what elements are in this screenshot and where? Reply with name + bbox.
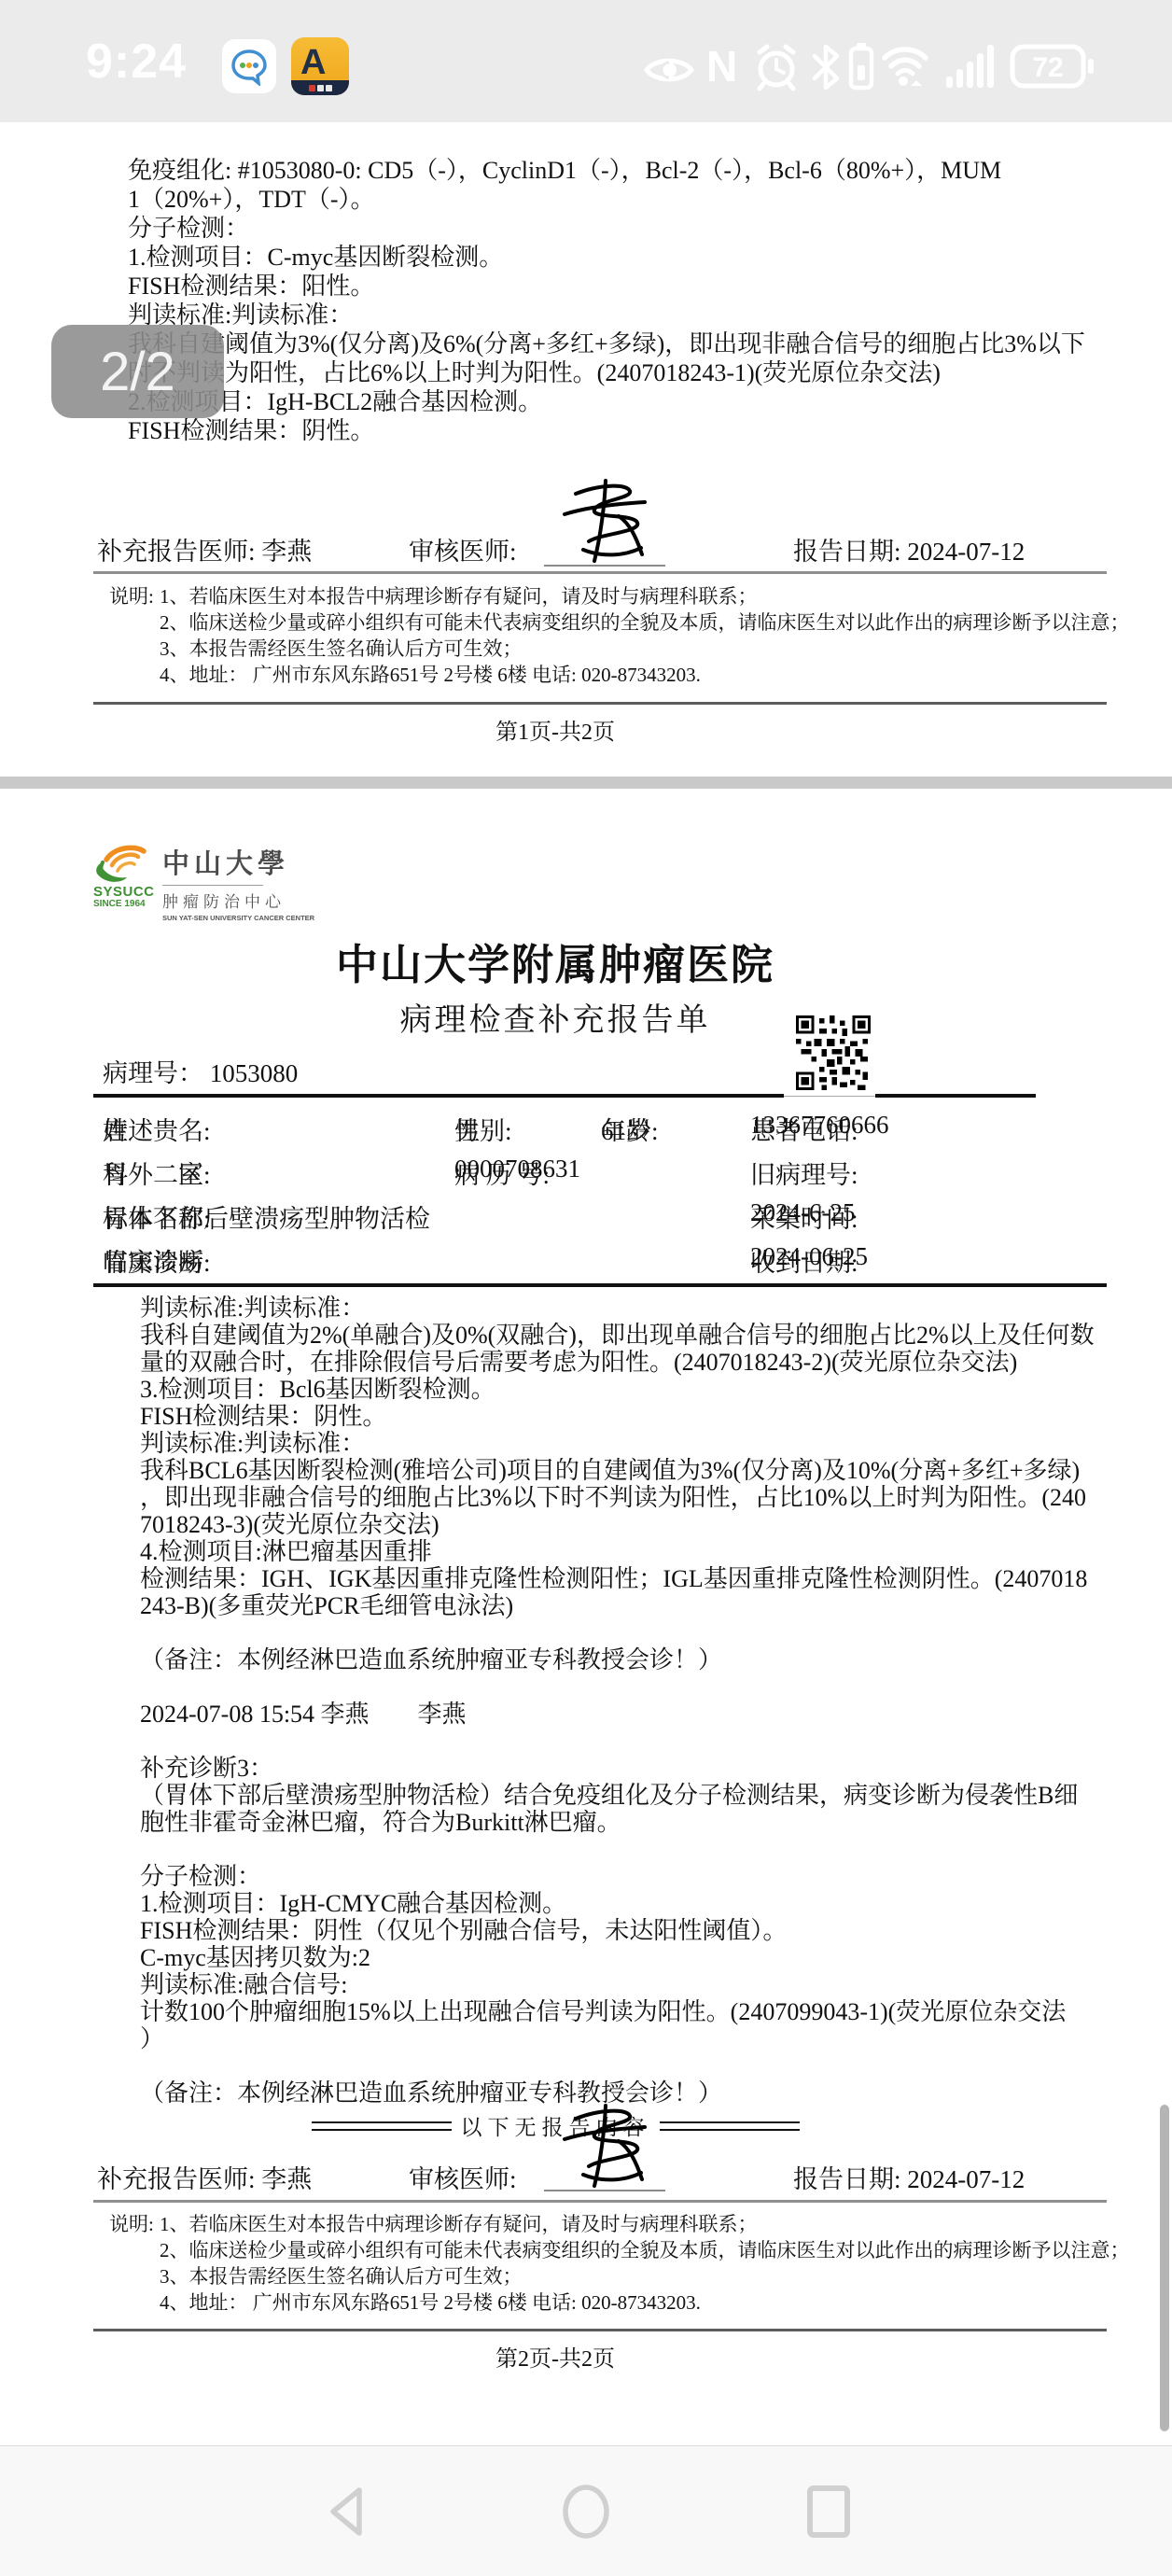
review-doctor-label: 审核医师: bbox=[409, 531, 517, 567]
status-time: 9:24 bbox=[86, 34, 187, 90]
patient-row-3: 标本名称: 胃体下部后壁溃疡型肿物活检 采集时间: 2024-6-25 bbox=[0, 1198, 1172, 1236]
status-bar: 9:24 A N bbox=[0, 0, 1172, 122]
page1-notes: 说明: 1、若临床医生对本报告中病理诊断存有疑问，请及时与病理科联系；2、临床送… bbox=[109, 583, 1126, 688]
page-indicator-badge: 2/2 bbox=[51, 325, 224, 418]
text-line: 2.检测项目：IgH-BCL2融合基因检测。 bbox=[128, 387, 1085, 416]
text-line: 分子检测： bbox=[128, 214, 1085, 243]
nav-back-button[interactable] bbox=[317, 2482, 377, 2541]
report-date: 报告日期: 2024-07-12 bbox=[793, 2159, 1025, 2195]
logo-text-block: 中山大學 肿瘤防治中心 SUN YAT-SEN UNIVERSITY CANCE… bbox=[162, 843, 263, 922]
report-page-1: 免疫组化: #1053080-0: CD5（-），CyclinD1（-），Bcl… bbox=[0, 122, 1172, 777]
logo-en-name: SUN YAT-SEN UNIVERSITY CANCER CENTER bbox=[162, 914, 263, 922]
signal-strength-icon bbox=[944, 43, 998, 90]
text-line: 补充诊断3： bbox=[140, 1755, 1095, 1782]
divider bbox=[93, 2329, 1107, 2331]
nfc-icon: N bbox=[706, 41, 737, 91]
report-doctor: 补充报告医师: 李燕 bbox=[97, 2159, 312, 2195]
text-line: 量的双融合时，在排除假信号后需要考虑为阳性。(2407018243-2)(荧光原… bbox=[140, 1349, 1095, 1376]
notes-label: 说明: bbox=[109, 583, 154, 609]
text-line: 4、地址： 广州市东风东路651号 2号楼 6楼 电话: 020-8734320… bbox=[160, 2289, 1126, 2316]
page2-body-text: 判读标准:判读标准：我科自建阈值为2%(单融合)及0%(双融合)，即出现单融合信… bbox=[140, 1295, 1095, 2107]
text-line: （胃体下部后壁溃疡型肿物活检）结合免疫组化及分子检测结果，病变诊断为侵袭性B细 bbox=[140, 1782, 1095, 1809]
scrollbar-thumb[interactable] bbox=[1160, 2105, 1169, 2431]
page1-signoff-row: 补充报告医师: 李燕 审核医师: 报告日期: 2024-07-12 bbox=[97, 531, 1114, 568]
patient-row-4: 临床诊断: 胃窦溃疡 收到日期: 2024-06-25 bbox=[0, 1242, 1172, 1280]
text-line: 胞性非霍奇金淋巴瘤，符合为Burkitt淋巴瘤。 bbox=[140, 1809, 1095, 1836]
text-line: 4.检测项目:淋巴瘤基因重排 bbox=[140, 1538, 1095, 1565]
text-line: 1、若临床医生对本报告中病理诊断存有疑问，请及时与病理科联系； bbox=[160, 2211, 1126, 2237]
patient-table-rule bbox=[93, 1283, 1107, 1287]
divider bbox=[93, 571, 1107, 574]
logo-since: SINCE 1964 bbox=[93, 899, 146, 909]
text-line: 243-B)(多重荧光PCR毛细管电泳法) bbox=[140, 1592, 1095, 1619]
report-subtitle: 病理检查补充报告单 bbox=[0, 994, 1110, 1040]
page2-notes: 说明: 1、若临床医生对本报告中病理诊断存有疑问，请及时与病理科联系；2、临床送… bbox=[109, 2211, 1126, 2316]
text-line: 判读标准:判读标准： bbox=[140, 1295, 1095, 1322]
back-icon bbox=[322, 2485, 372, 2539]
text-line: 2、临床送检少量或碎小组织有可能未代表病变组织的全貌及本质，请临床医生对以此作出… bbox=[160, 2237, 1126, 2263]
text-line: 我科BCL6基因断裂检测(雅培公司)项目的自建阈值为3%(仅分离)及10%(分离… bbox=[140, 1457, 1095, 1484]
android-navbar bbox=[0, 2445, 1172, 2576]
text-line: ，即出现非融合信号的细胞占比3%以下时不判读为阳性，占比10%以上时判为阳性。(… bbox=[140, 1484, 1095, 1511]
wifi-icon bbox=[879, 43, 931, 90]
text-line: FISH检测结果：阳性。 bbox=[128, 272, 1085, 301]
notes-items: 1、若临床医生对本报告中病理诊断存有疑问，请及时与病理科联系；2、临床送检少量或… bbox=[109, 583, 1126, 688]
report-date: 报告日期: 2024-07-12 bbox=[793, 531, 1025, 567]
text-line: ） bbox=[140, 2025, 1095, 2052]
text-line: 1、若临床医生对本报告中病理诊断存有疑问，请及时与病理科联系； bbox=[160, 583, 1126, 609]
recents-square-icon bbox=[803, 2484, 854, 2540]
text-line: 3、本报告需经医生签名确认后方可生效； bbox=[160, 636, 1126, 662]
nav-home-button[interactable] bbox=[556, 2482, 616, 2541]
text-line: 判读标准:判读标准： bbox=[140, 1430, 1095, 1457]
page1-body-text: 免疫组化: #1053080-0: CD5（-），CyclinD1（-），Bcl… bbox=[128, 156, 1085, 445]
nav-recents-button[interactable] bbox=[799, 2482, 858, 2541]
text-line: 我科自建阈值为2%(单融合)及0%(双融合)，即出现单融合信号的细胞占比2%以上… bbox=[140, 1322, 1095, 1349]
battery-saver-icon bbox=[847, 41, 875, 91]
review-doctor-label: 审核医师: bbox=[409, 2159, 517, 2195]
header-rule-right bbox=[875, 1094, 1036, 1098]
hospital-title: 中山大学附属肿瘤医院 bbox=[0, 931, 1110, 991]
text-line: 计数100个肿瘤细胞15%以上出现融合信号判读为阳性。(2407099043-1… bbox=[140, 1998, 1095, 2025]
notes-items: 1、若临床医生对本报告中病理诊断存有疑问，请及时与病理科联系；2、临床送检少量或… bbox=[109, 2211, 1126, 2316]
logo-acronym: SYSUCC bbox=[93, 884, 155, 900]
text-line: 时不判读为阳性，占比6%以上时判为阳性。(2407018243-1)(荧光原位杂… bbox=[128, 358, 1085, 387]
text-line: 1.检测项目：C-myc基因断裂检测。 bbox=[128, 243, 1085, 272]
battery-icon: 72 bbox=[1010, 43, 1095, 90]
report-page-2: SYSUCC SINCE 1964 中山大學 肿瘤防治中心 SUN YAT-SE… bbox=[0, 789, 1172, 2445]
text-line: 2024-07-08 15:54 李燕 李燕 bbox=[140, 1701, 1095, 1728]
battery-percent-text: 72 bbox=[1032, 52, 1063, 83]
chat-bubble-icon bbox=[230, 47, 269, 86]
alarm-icon bbox=[752, 43, 801, 91]
text-line: 2、临床送检少量或碎小组织有可能未代表病变组织的全貌及本质，请临床医生对以此作出… bbox=[160, 609, 1126, 636]
report-doctor: 补充报告医师: 李燕 bbox=[97, 531, 312, 567]
text-line bbox=[140, 1728, 1095, 1755]
hospital-logo: SYSUCC SINCE 1964 中山大學 肿瘤防治中心 SUN YAT-SE… bbox=[93, 843, 263, 922]
text-line: 4、地址： 广州市东风东路651号 2号楼 6楼 电话: 020-8734320… bbox=[160, 662, 1126, 688]
double-line-left bbox=[312, 2121, 452, 2131]
phone-screen: 9:24 A N bbox=[0, 0, 1172, 2576]
chat-notification-icon bbox=[222, 39, 276, 93]
eye-protection-icon bbox=[644, 52, 694, 88]
page2-number: 第2页-共2页 bbox=[0, 2340, 1110, 2373]
app-notification-icon: A bbox=[291, 37, 349, 95]
text-line: 判读标准:融合信号: bbox=[140, 1971, 1095, 1998]
logo-cn-name: 中山大學 bbox=[162, 843, 263, 881]
bluetooth-icon bbox=[810, 43, 844, 91]
page2-signoff-row: 补充报告医师: 李燕 审核医师: 报告日期: 2024-07-12 bbox=[97, 2159, 1114, 2196]
header-rule-thin bbox=[784, 1096, 875, 1097]
page-separator bbox=[0, 777, 1172, 789]
text-line: 检测结果：IGH、IGK基因重排克隆性检测阳性；IGL基因重排克隆性检测阴性。(… bbox=[140, 1565, 1095, 1592]
text-line: 分子检测： bbox=[140, 1863, 1095, 1890]
text-line bbox=[140, 1619, 1095, 1646]
patient-row-1: 姓 名: 唐述贵 性别: 男 年龄: 61岁 患者电话: 13367760666 bbox=[0, 1111, 1172, 1148]
notes-label: 说明: bbox=[109, 2211, 154, 2237]
text-line bbox=[140, 2052, 1095, 2079]
header-rule-left bbox=[93, 1094, 784, 1098]
text-line: 免疫组化: #1053080-0: CD5（-），CyclinD1（-），Bcl… bbox=[128, 156, 1085, 185]
logo-cn-subname: 肿瘤防治中心 bbox=[162, 885, 263, 912]
logo-bird-icon: SYSUCC SINCE 1964 bbox=[93, 843, 151, 904]
text-line: 3、本报告需经医生签名确认后方可生效； bbox=[160, 2263, 1126, 2289]
text-line: FISH检测结果：阴性（仅见个别融合信号，未达阳性阈值）。 bbox=[140, 1917, 1095, 1944]
text-line: FISH检测结果：阴性。 bbox=[128, 416, 1085, 445]
divider bbox=[93, 2200, 1107, 2203]
page1-number: 第1页-共2页 bbox=[0, 713, 1110, 746]
app-emblem-glyph: A bbox=[300, 43, 326, 83]
text-line: FISH检测结果：阴性。 bbox=[140, 1403, 1095, 1430]
text-line bbox=[140, 1836, 1095, 1863]
text-line: C-myc基因拷贝数为:2 bbox=[140, 1944, 1095, 1971]
text-line: （备注：本例经淋巴造血系统肿瘤亚专科教授会诊！） bbox=[140, 1646, 1095, 1673]
text-line bbox=[140, 1673, 1095, 1701]
text-line: 1（20%+），TDT（-）。 bbox=[128, 185, 1085, 214]
patient-row-2: 科 室: 胃外二区 病 历 号: 0000708631 旧病理号: bbox=[0, 1155, 1172, 1192]
text-line: 1.检测项目：IgH-CMYC融合基因检测。 bbox=[140, 1890, 1095, 1917]
divider bbox=[93, 702, 1107, 705]
text-line: 判读标准:判读标准： bbox=[128, 301, 1085, 329]
home-circle-icon bbox=[559, 2483, 613, 2541]
qr-code bbox=[796, 1015, 871, 1090]
text-line: 我科自建阈值为3%(仅分离)及6%(分离+多红+多绿)，即出现非融合信号的细胞占… bbox=[128, 329, 1085, 358]
text-line: 7018243-3)(荧光原位杂交法) bbox=[140, 1511, 1095, 1538]
text-line: 3.检测项目：Bcl6基因断裂检测。 bbox=[140, 1376, 1095, 1403]
double-line-right bbox=[660, 2121, 800, 2131]
pathology-number: 病理号： 1053080 bbox=[103, 1053, 298, 1089]
